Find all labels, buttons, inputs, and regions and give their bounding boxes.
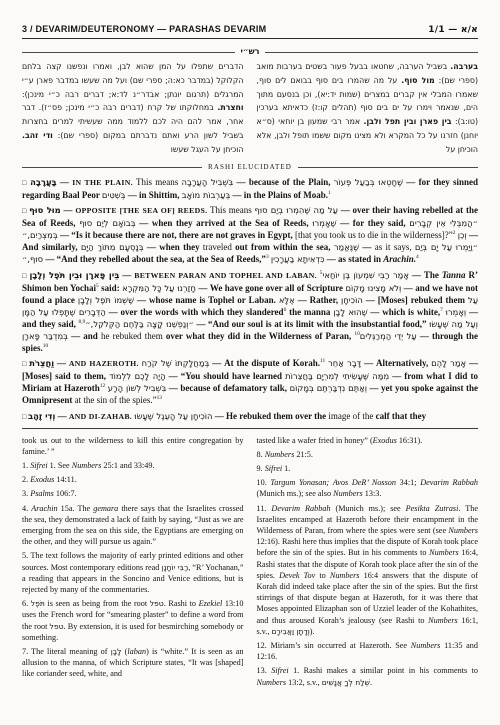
text-segment-r: 1. Rashi makes a similar point in his co… [289, 666, 478, 675]
text-segment-d: — [230, 190, 244, 200]
rashi-script-divider-label: רש״י [241, 48, 260, 56]
text-segment-r: 1. See [48, 461, 72, 470]
text-segment-he: חָזַרְנוּ עַל כָּל הַמִּקְרָא [122, 283, 196, 293]
footnote-13: 13. Sifrei 1. Rashi makes a similar poin… [257, 665, 479, 687]
chumash-page: 3 / DEVARIM/DEUTERONOMY — PARASHAS DEVAR… [0, 0, 500, 725]
text-segment-b: At the dispute of Korah. [224, 358, 320, 368]
text-segment-b: over what they did in the Wilderness of … [166, 331, 355, 341]
text-segment-d: — [166, 383, 180, 393]
text-segment-r: is seen as being from the root [45, 599, 150, 608]
text-segment-i: Ezekiel [199, 599, 223, 608]
text-segment-he: וְאַתֶּם נִדְבַּרְתֶּם בְּמָקוֹם [290, 383, 367, 393]
text-segment-i: Devarim Rabbah [271, 504, 330, 513]
text-segment-i: Targum Yonasan; Avos DeR’ Nosson [270, 478, 396, 487]
text-segment-sup: 10 [43, 343, 48, 349]
text-segment-r: 25:1 and 33:49. [101, 461, 154, 470]
footnote-10: 10. Targum Yonasan; Avos DeR’ Nosson 34:… [257, 477, 479, 499]
text-segment-r: at the sin of the spies.” [75, 395, 157, 405]
text-segment-d: — [55, 411, 69, 421]
text-segment-sup: 1 [328, 190, 331, 196]
text-segment-he: עַל מַה שֶּׁהִמְרוּ בְיַם סוּף [255, 205, 338, 215]
text-segment-i: Numbers [257, 678, 287, 687]
text-segment-d: — [61, 205, 76, 215]
text-segment-r: 16:31). [397, 436, 422, 445]
text-segment-he: וְכֵן [458, 230, 467, 240]
header-rule [22, 38, 478, 39]
text-segment-he: אָמַר לָהֶם [431, 358, 466, 368]
rashi-script-divider: רש״י [22, 48, 478, 56]
text-segment-r: 21:5. [294, 450, 313, 459]
text-segment-b: the manna [286, 307, 333, 317]
text-segment-r: 14:11. [54, 475, 76, 484]
text-segment-i: Exodus [30, 475, 54, 484]
text-segment-b: calf that they [376, 411, 427, 421]
text-segment-he: טפל [50, 622, 64, 631]
text-segment-bi: Arachin. [383, 254, 416, 264]
text-segment-r: 12. Miriam’s sin occurred at Hazeroth. S… [257, 641, 411, 650]
text-segment-i: Devarim Rabbah [420, 478, 478, 487]
text-segment-heb: וחצרת. [217, 103, 243, 112]
text-segment-d: — [126, 190, 140, 200]
text-segment-r: 8. [257, 450, 265, 459]
footnote-2: 2. Exodus 14:11. [22, 474, 244, 485]
page-header-left: 3 / DEVARIM/DEUTERONOMY — PARASHAS DEVAR… [22, 24, 266, 34]
text-segment-he: הוכיחן על העגל שעשו [171, 145, 244, 154]
footnote-4: 4. Arachin 15a. The gemara there says th… [22, 503, 244, 548]
text-segment-he: בְּשִׁטִּים [102, 190, 126, 200]
footnote-3: 3. Psalms 106:7. [22, 488, 244, 499]
footnote-12: 12. Miriam’s sin occurred at Hazeroth. S… [257, 640, 479, 662]
text-segment-heb: בָּעֲרָבָה [30, 177, 57, 187]
text-segment-d: — [166, 371, 181, 381]
text-segment-i: Sifrei [271, 666, 288, 675]
footnotes-left-column: took us out to the wilderness to kill th… [22, 435, 244, 691]
text-segment-b: when they arrived at the Sea of Reeds, [152, 218, 312, 228]
text-segment-heb: וְדִי זָהָב [28, 411, 55, 421]
text-segment-d: — [134, 295, 149, 305]
text-segment-heb: בערבה. [450, 62, 478, 71]
rashi-elucidated-divider: RASHI ELUCIDATED [22, 164, 478, 171]
text-segment-d: — [144, 242, 160, 252]
text-segment-d: — [68, 331, 83, 341]
text-segment-he: בְּנָסְעָם מִתּוֹךְ הַיָּם [81, 242, 144, 252]
text-segment-heb: מוּל סוּף [29, 205, 61, 215]
text-segment-r: . [370, 678, 372, 687]
text-segment-he: שֶׁאָמְרוּ [312, 218, 336, 228]
text-segment-sq: □ [22, 179, 30, 187]
text-segment-r: (Munich ms.); see [331, 504, 406, 513]
text-segment-i: Numbers [265, 450, 295, 459]
text-segment-b: because of the Plain, [249, 177, 334, 187]
text-segment-he: הוֹכִיחָן [341, 295, 363, 305]
text-segment-d: — [213, 411, 227, 421]
text-segment-i: Exodus [373, 436, 397, 445]
text-segment-he: וְדָתָן וַאֲבִירָם [271, 627, 309, 636]
text-segment-d: — [401, 283, 415, 293]
text-segment-i: Numbers [333, 489, 363, 498]
rashi-elucidated-divider-label: RASHI ELUCIDATED [208, 164, 292, 171]
footnote-continuation: tasted like a wafer fried in honey” (Exo… [257, 435, 479, 446]
text-segment-b: He rebuked them over the [226, 411, 328, 421]
text-segment-r: 13:3. [363, 489, 382, 498]
text-segment-r: 4. [22, 504, 31, 513]
text-segment-r: traveled [203, 242, 235, 252]
commentary-paragraph-baarava: □ בָּעֲרָבָה — IN THE PLAIN. This means … [22, 176, 478, 201]
text-segment-r: 13. [257, 666, 272, 675]
text-segment-r: tasted like a wafer fried in honey” ( [257, 436, 373, 445]
text-segment-he: בִּשְׁבִיל הָעֲרָבָה [182, 177, 234, 187]
text-segment-d: — [325, 254, 339, 264]
text-segment-b: because of defamatory talk, [180, 383, 289, 393]
text-segment-he: שְׁלַח לְךָ אֲנָשִׁים [322, 678, 370, 687]
page-header-right: 1/1 — א/א [428, 25, 478, 35]
text-segment-sup: 13 [157, 395, 162, 401]
text-segment-r: 7. The literal meaning of [22, 647, 111, 656]
text-segment-b: and they said, [22, 319, 79, 329]
text-segment-he: טפל [150, 599, 164, 608]
text-segment-he: ״וְנַפְשֵׁנוּ קָצָה בַּלֶּחֶם הַקְּלֹקֵל… [85, 319, 194, 329]
text-segment-he: מִמַּה שֶּׁעָשִׂיתִי לְמִרְיָם בַּחֲצֵרו… [285, 371, 389, 381]
text-segment-d: — [363, 295, 378, 305]
text-segment-d: — [466, 358, 478, 368]
text-segment-b: when they [159, 242, 203, 252]
text-segment-he: עַל יְדֵי הַמְרַגְּלִים [360, 331, 417, 341]
text-segment-r: as it says, [375, 242, 415, 252]
text-segment-b: “And they rebelled about the sea, at the… [57, 254, 266, 264]
text-segment-sc: AND HAZEROTH. [69, 359, 139, 368]
text-segment-d: — [54, 358, 69, 368]
text-segment-r: took us out to the wilderness to kill th… [22, 436, 244, 456]
footnotes-section: took us out to the wilderness to kill th… [22, 435, 478, 691]
text-segment-r: he rebuked them [101, 331, 166, 341]
text-segment-i: Sifrei [265, 464, 282, 473]
text-segment-d: — [467, 230, 478, 240]
text-segment-b: We have gone over all of Scripture [210, 283, 346, 293]
text-segment-sc: IN THE PLAIN. [72, 178, 133, 187]
text-segment-sup: 4 [416, 254, 419, 260]
text-segment-r: . Rashi to [164, 599, 199, 608]
text-segment-d: — [466, 307, 478, 317]
text-segment-he: הָיָה לָכֶם לִלְמוֹד [109, 371, 166, 381]
rashi-script-left-column: הדברים שתפלו על המן שהוא לבן, ואמרו ונפש… [22, 60, 244, 157]
text-segment-d: — [389, 371, 404, 381]
text-segment-heb: מול סוף. [401, 76, 434, 85]
text-segment-d: — [295, 295, 310, 305]
rashi-script-right-column: בערבה. בשביל הערבה, שחטאו בבעל פעור בשטי… [257, 60, 479, 157]
text-segment-he: במחלוקתו של קרח (דברים רבה כ״י מינכן; פס… [22, 103, 244, 140]
elucidated-commentary-section: □ בָּעֲרָבָה — IN THE PLAIN. This means … [22, 176, 478, 423]
text-segment-b: “And our soul is at its limit with the i… [208, 319, 429, 329]
footnotes-right-column: tasted like a wafer fried in honey” (Exo… [257, 435, 479, 691]
text-segment-b: Alternatively, [376, 358, 431, 368]
text-segment-b: and [83, 331, 101, 341]
text-segment-d: — [57, 177, 73, 187]
text-segment-b: which is white, [382, 307, 440, 317]
text-segment-d: — [336, 218, 352, 228]
text-segment-d: — [233, 177, 249, 187]
text-segment-d: — [119, 270, 134, 280]
commentary-paragraph-bein-paran: □ בֵּין פָּארָן וּבֵין תֹּפֶל וְלָבָן — … [22, 269, 478, 354]
text-segment-he: בִּשְׁבִיל לְשׁוֹן הָרָע [108, 383, 167, 393]
text-segment-d: — [409, 270, 424, 280]
text-segment-he: שֶׁנֶּאֱמַר [334, 242, 359, 252]
text-segment-d: — [209, 358, 224, 368]
text-segment-he: הוֹכִיחָן עַל הָעֵגֶל שֶׁעָשׂוּ [134, 411, 212, 421]
text-segment-b: [Moses] said to them, [22, 371, 109, 381]
text-segment-d: — [136, 218, 152, 228]
text-segment-r: 1. [22, 461, 30, 470]
rashi-script-section: בערבה. בשביל הערבה, שחטאו בבעל פעור בשטי… [22, 60, 478, 157]
text-segment-he: לָבָן [111, 647, 122, 656]
text-segment-sc: BETWEEN PARAN AND TOPHEL AND LABAN. [134, 271, 317, 280]
text-segment-d: — [367, 383, 381, 393]
text-segment-d: — [368, 307, 383, 317]
text-segment-r: 3. [22, 489, 30, 498]
text-segment-he: שֶׁחָטְאוּ בְּבַעַל פְּעוֹר [334, 177, 403, 187]
text-segment-he: תֹּפֶל [31, 599, 45, 608]
text-segment-he: בְּעַרְבוֹת מוֹאָב [182, 190, 231, 200]
footnote-11: 11. Devarim Rabbah (Munich ms.); see Pes… [257, 503, 479, 637]
footnote-6: 6. תֹּפֶל is seen as being from the root… [22, 598, 244, 643]
text-segment-i: Psalms [30, 489, 54, 498]
text-segment-b: in the Plains of Moab. [244, 190, 328, 200]
footnote-1: 1. Sifrei 1. See Numbers 25:1 and 33:49. [22, 460, 244, 471]
text-segment-b: “Is it because there are not, there are … [71, 230, 295, 240]
text-segment-he: דָּבָר אַחֵר [328, 358, 361, 368]
text-segment-b: “You should have learned [181, 371, 285, 381]
text-segment-i: Numbers [429, 548, 459, 557]
commentary-paragraph-di-zahav: □ וְדִי זָהָב — AND DI-ZAHAB. הוֹכִיחָן … [22, 410, 478, 423]
text-segment-i: Numbers [411, 641, 441, 650]
page-header: 3 / DEVARIM/DEUTERONOMY — PARASHAS DEVAR… [22, 24, 478, 35]
commentary-paragraph-vachatzeros: □ וַחֲצֵרֹת — AND HAZEROTH. בְּמַחֲלָקְת… [22, 357, 478, 406]
text-segment-he: רַבִּי יוֹחָנָן [162, 563, 189, 572]
text-segment-i: Arachin [31, 504, 57, 513]
text-segment-d: — [403, 177, 419, 187]
footnote-7: 7. The literal meaning of לָבָן (laban) … [22, 646, 244, 680]
text-segment-he: אָמַר רַבִּי שִׁמְעוֹן בֶּן יוֹחַאי [322, 270, 408, 280]
footnote-5: 5. The text follows the majority of earl… [22, 550, 244, 595]
text-segment-he: שֶׁשְּׁמוֹ תֹּפֶל וְלָבָן [78, 295, 134, 305]
footnote-continuation: took us out to the wilderness to kill th… [22, 435, 244, 457]
text-segment-i: Devek Tov [279, 571, 315, 580]
text-segment-b: [Moses] rebuked them [378, 295, 468, 305]
text-segment-d: — [58, 230, 72, 240]
text-segment-i: Pesikta Zutrasi [406, 504, 459, 513]
text-segment-d: — [106, 307, 121, 317]
text-segment-r: (Munich ms.); see also [257, 489, 334, 498]
text-segment-b: Rather, [310, 295, 341, 305]
text-segment-he: בְּבוֹאָם לְיַם סוּף [79, 218, 135, 228]
text-segment-b: said: [99, 283, 122, 293]
text-segment-d: — [417, 331, 432, 341]
text-segment-bi: Tanna [442, 270, 469, 280]
text-segment-b: out from within the sea, [235, 242, 334, 252]
text-segment-d: — [361, 358, 376, 368]
text-segment-b: whose name is Tophel or Laban. [149, 295, 279, 305]
text-segment-d: — [359, 242, 375, 252]
text-segment-heb: בין פארן ובין תפל ולבן. [364, 117, 452, 126]
text-segment-he: שֶׁהוּא לָבָן [333, 307, 367, 317]
text-segment-sc: AND DI-ZAHAB. [69, 412, 132, 421]
commentary-paragraph-mul-suf: □ מוּל סוּף — OPPOSITE [THE SEA OF] REED… [22, 204, 478, 265]
text-segment-he: כִּדְאִיתָא בַעֲרָכִין [271, 254, 325, 264]
text-segment-r: 2. [22, 475, 30, 484]
text-segment-sc: OPPOSITE [THE SEA OF] REEDS. [75, 206, 207, 215]
text-segment-r: 1. [282, 464, 290, 473]
text-segment-r: 106:7. [54, 489, 77, 498]
text-segment-i: Sifrei [30, 461, 47, 470]
text-segment-i: laban [127, 647, 146, 656]
text-segment-i: gemara [93, 504, 118, 513]
text-segment-b: The [424, 270, 442, 280]
text-segment-b: in Shittim, [139, 190, 182, 200]
text-segment-heb: בֵּין פָּארָן וּבֵין תֹּפֶל וְלָבָן [29, 270, 119, 280]
text-segment-r: This means [133, 177, 182, 187]
text-segment-r: 13:2, s.v., [286, 678, 322, 687]
text-segment-i: Numbers [448, 526, 478, 535]
text-segment-heb: וַחֲצֵרֹת [29, 358, 54, 368]
text-segment-r: [that you took us to die in the wilderne… [295, 230, 453, 240]
footnotes-divider-rule [22, 428, 478, 429]
text-segment-d: — [43, 254, 57, 264]
text-segment-r: 9. [257, 464, 265, 473]
text-segment-i: Numbers [330, 571, 360, 580]
text-segment-he: בְּמַחֲלָקְתּוֹ שֶׁל קֹרַח [142, 358, 210, 368]
text-segment-b: over the words with which they slandered [120, 307, 283, 317]
text-segment-he: וְלֹא מָצִינוּ מָקוֹם [345, 283, 401, 293]
text-segment-r: 34:1; [396, 478, 420, 487]
text-segment-b: as stated in [338, 254, 383, 264]
text-segment-b: for they said, [353, 218, 410, 228]
text-segment-he: אֶלָּא [279, 295, 295, 305]
text-segment-heb: ודי זהב. [22, 131, 53, 140]
text-segment-r: image of the [328, 411, 375, 421]
text-segment-he: וְאָמְרוּ [446, 307, 467, 317]
text-segment-i: Numbers [428, 616, 458, 625]
text-segment-d: — [194, 319, 208, 329]
text-segment-he: הדברים שתפלו על המן שהוא לבן, ואמרו ונפש… [22, 62, 244, 99]
text-segment-r: 10. [257, 478, 271, 487]
text-segment-b: And similarly, [22, 242, 81, 252]
footnote-8: 8. Numbers 21:5. [257, 449, 479, 460]
text-segment-d: — [338, 205, 353, 215]
footnote-9: 9. Sifrei 1. [257, 463, 479, 474]
text-segment-r: to [315, 571, 330, 580]
text-segment-r: 11. [257, 504, 272, 513]
text-segment-r: 6. [22, 599, 31, 608]
text-segment-i: Numbers [72, 461, 102, 470]
text-segment-d: — [196, 283, 210, 293]
text-segment-r: This means [207, 205, 254, 215]
text-segment-r: ). [310, 627, 315, 636]
text-segment-r: 15a. The [58, 504, 94, 513]
